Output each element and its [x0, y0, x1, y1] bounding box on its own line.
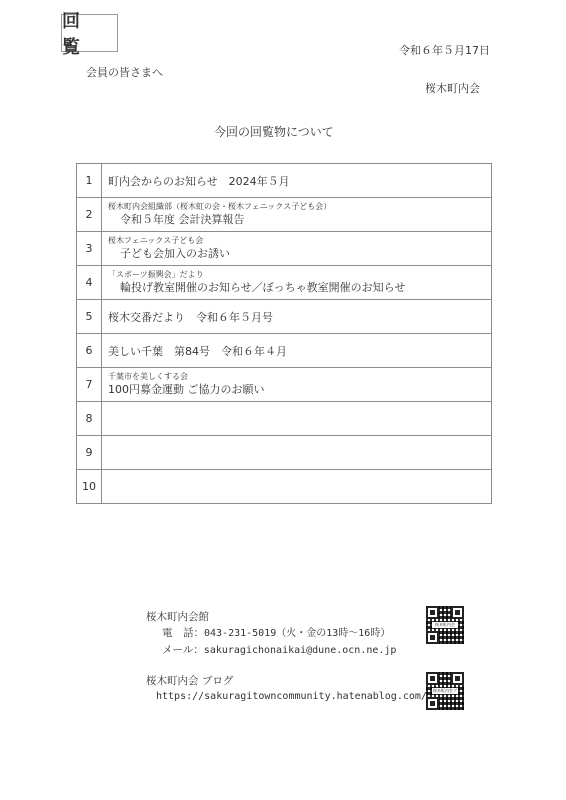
qr-finder-icon [451, 606, 464, 619]
row-number: 4 [77, 266, 102, 300]
qr-code-icon: 桜木町内会 [426, 606, 464, 644]
document-title: 今回の回覧物について [214, 123, 334, 140]
item-title: 町内会からのお知らせ 2024年５月 [108, 173, 491, 189]
item-publisher: 桜木フェニックス子ども会 [108, 235, 491, 246]
row-number: 8 [77, 402, 102, 436]
table-row: 5 桜木交番だより 令和６年５月号 [77, 300, 492, 334]
circular-badge: 回 覧 [61, 14, 118, 52]
row-number: 2 [77, 198, 102, 232]
table-row: 6 美しい千葉 第84号 令和６年４月 [77, 334, 492, 368]
qr-finder-icon [426, 606, 439, 619]
qr-finder-icon [426, 672, 439, 685]
circular-items-table: 1 町内会からのお知らせ 2024年５月 2 桜木町内会組織部（桜木虹の会・桜木… [76, 163, 492, 504]
item-title: 美しい千葉 第84号 令和６年４月 [108, 343, 491, 359]
qr-label: 桜木町内会ブログ [432, 688, 458, 694]
blog-info: 桜木町内会 ブログ https://sakuragitowncommunity.… [146, 673, 427, 705]
blog-title: 桜木町内会 ブログ [146, 673, 427, 689]
row-number: 10 [77, 470, 102, 504]
recipient-text: 会員の皆さまへ [86, 64, 163, 80]
empty-cell [102, 470, 492, 504]
item-title: 100円募金運動 ご協力のお願い [108, 382, 491, 398]
contact-info: 桜木町内会館 電 話：043-231-5019（火・金の13時～16時） メール… [146, 609, 396, 659]
table-row: 8 [77, 402, 492, 436]
hall-name: 桜木町内会館 [146, 609, 396, 625]
qr-finder-icon [426, 697, 439, 710]
item-publisher: 千葉市を美しくする会 [108, 371, 491, 382]
item-publisher: 桜木町内会組織部（桜木虹の会・桜木フェニックス子ども会） [108, 201, 491, 212]
empty-cell [102, 436, 492, 470]
item-title: 令和５年度 会計決算報告 [108, 212, 491, 228]
blog-url[interactable]: https://sakuragitowncommunity.hatenablog… [146, 689, 427, 705]
organization-name: 桜木町内会 [425, 80, 480, 96]
row-number: 1 [77, 164, 102, 198]
empty-cell [102, 402, 492, 436]
item-title: 子ども会加入のお誘い [108, 246, 491, 262]
item-publisher: 「スポーツ振興会」だより [108, 269, 491, 280]
qr-finder-icon [451, 672, 464, 685]
qr-code-icon: 桜木町内会ブログ [426, 672, 464, 710]
issue-date: 令和６年５月17日 [399, 42, 490, 58]
table-row: 3 桜木フェニックス子ども会 子ども会加入のお誘い [77, 232, 492, 266]
phone-line: 電 話：043-231-5019（火・金の13時～16時） [146, 625, 396, 642]
row-number: 6 [77, 334, 102, 368]
row-number: 7 [77, 368, 102, 402]
table-row: 7 千葉市を美しくする会 100円募金運動 ご協力のお願い [77, 368, 492, 402]
table-row: 4 「スポーツ振興会」だより 輪投げ教室開催のお知らせ／ぼっちゃ教室開催のお知ら… [77, 266, 492, 300]
email-address[interactable]: sakuragichonaikai@dune.ocn.ne.jp [204, 645, 397, 656]
table-row: 9 [77, 436, 492, 470]
table-row: 1 町内会からのお知らせ 2024年５月 [77, 164, 492, 198]
qr-label: 桜木町内会 [432, 622, 458, 628]
item-title: 桜木交番だより 令和６年５月号 [108, 309, 491, 325]
row-number: 5 [77, 300, 102, 334]
table-row: 2 桜木町内会組織部（桜木虹の会・桜木フェニックス子ども会） 令和５年度 会計決… [77, 198, 492, 232]
phone-label: 電 話： [162, 627, 204, 639]
qr-finder-icon [426, 631, 439, 644]
phone-number: 043-231-5019（火・金の13時～16時） [204, 628, 390, 639]
email-label: メール： [162, 644, 204, 656]
email-line: メール：sakuragichonaikai@dune.ocn.ne.jp [146, 642, 396, 659]
item-title: 輪投げ教室開催のお知らせ／ぼっちゃ教室開催のお知らせ [108, 280, 491, 296]
table-row: 10 [77, 470, 492, 504]
row-number: 3 [77, 232, 102, 266]
row-number: 9 [77, 436, 102, 470]
